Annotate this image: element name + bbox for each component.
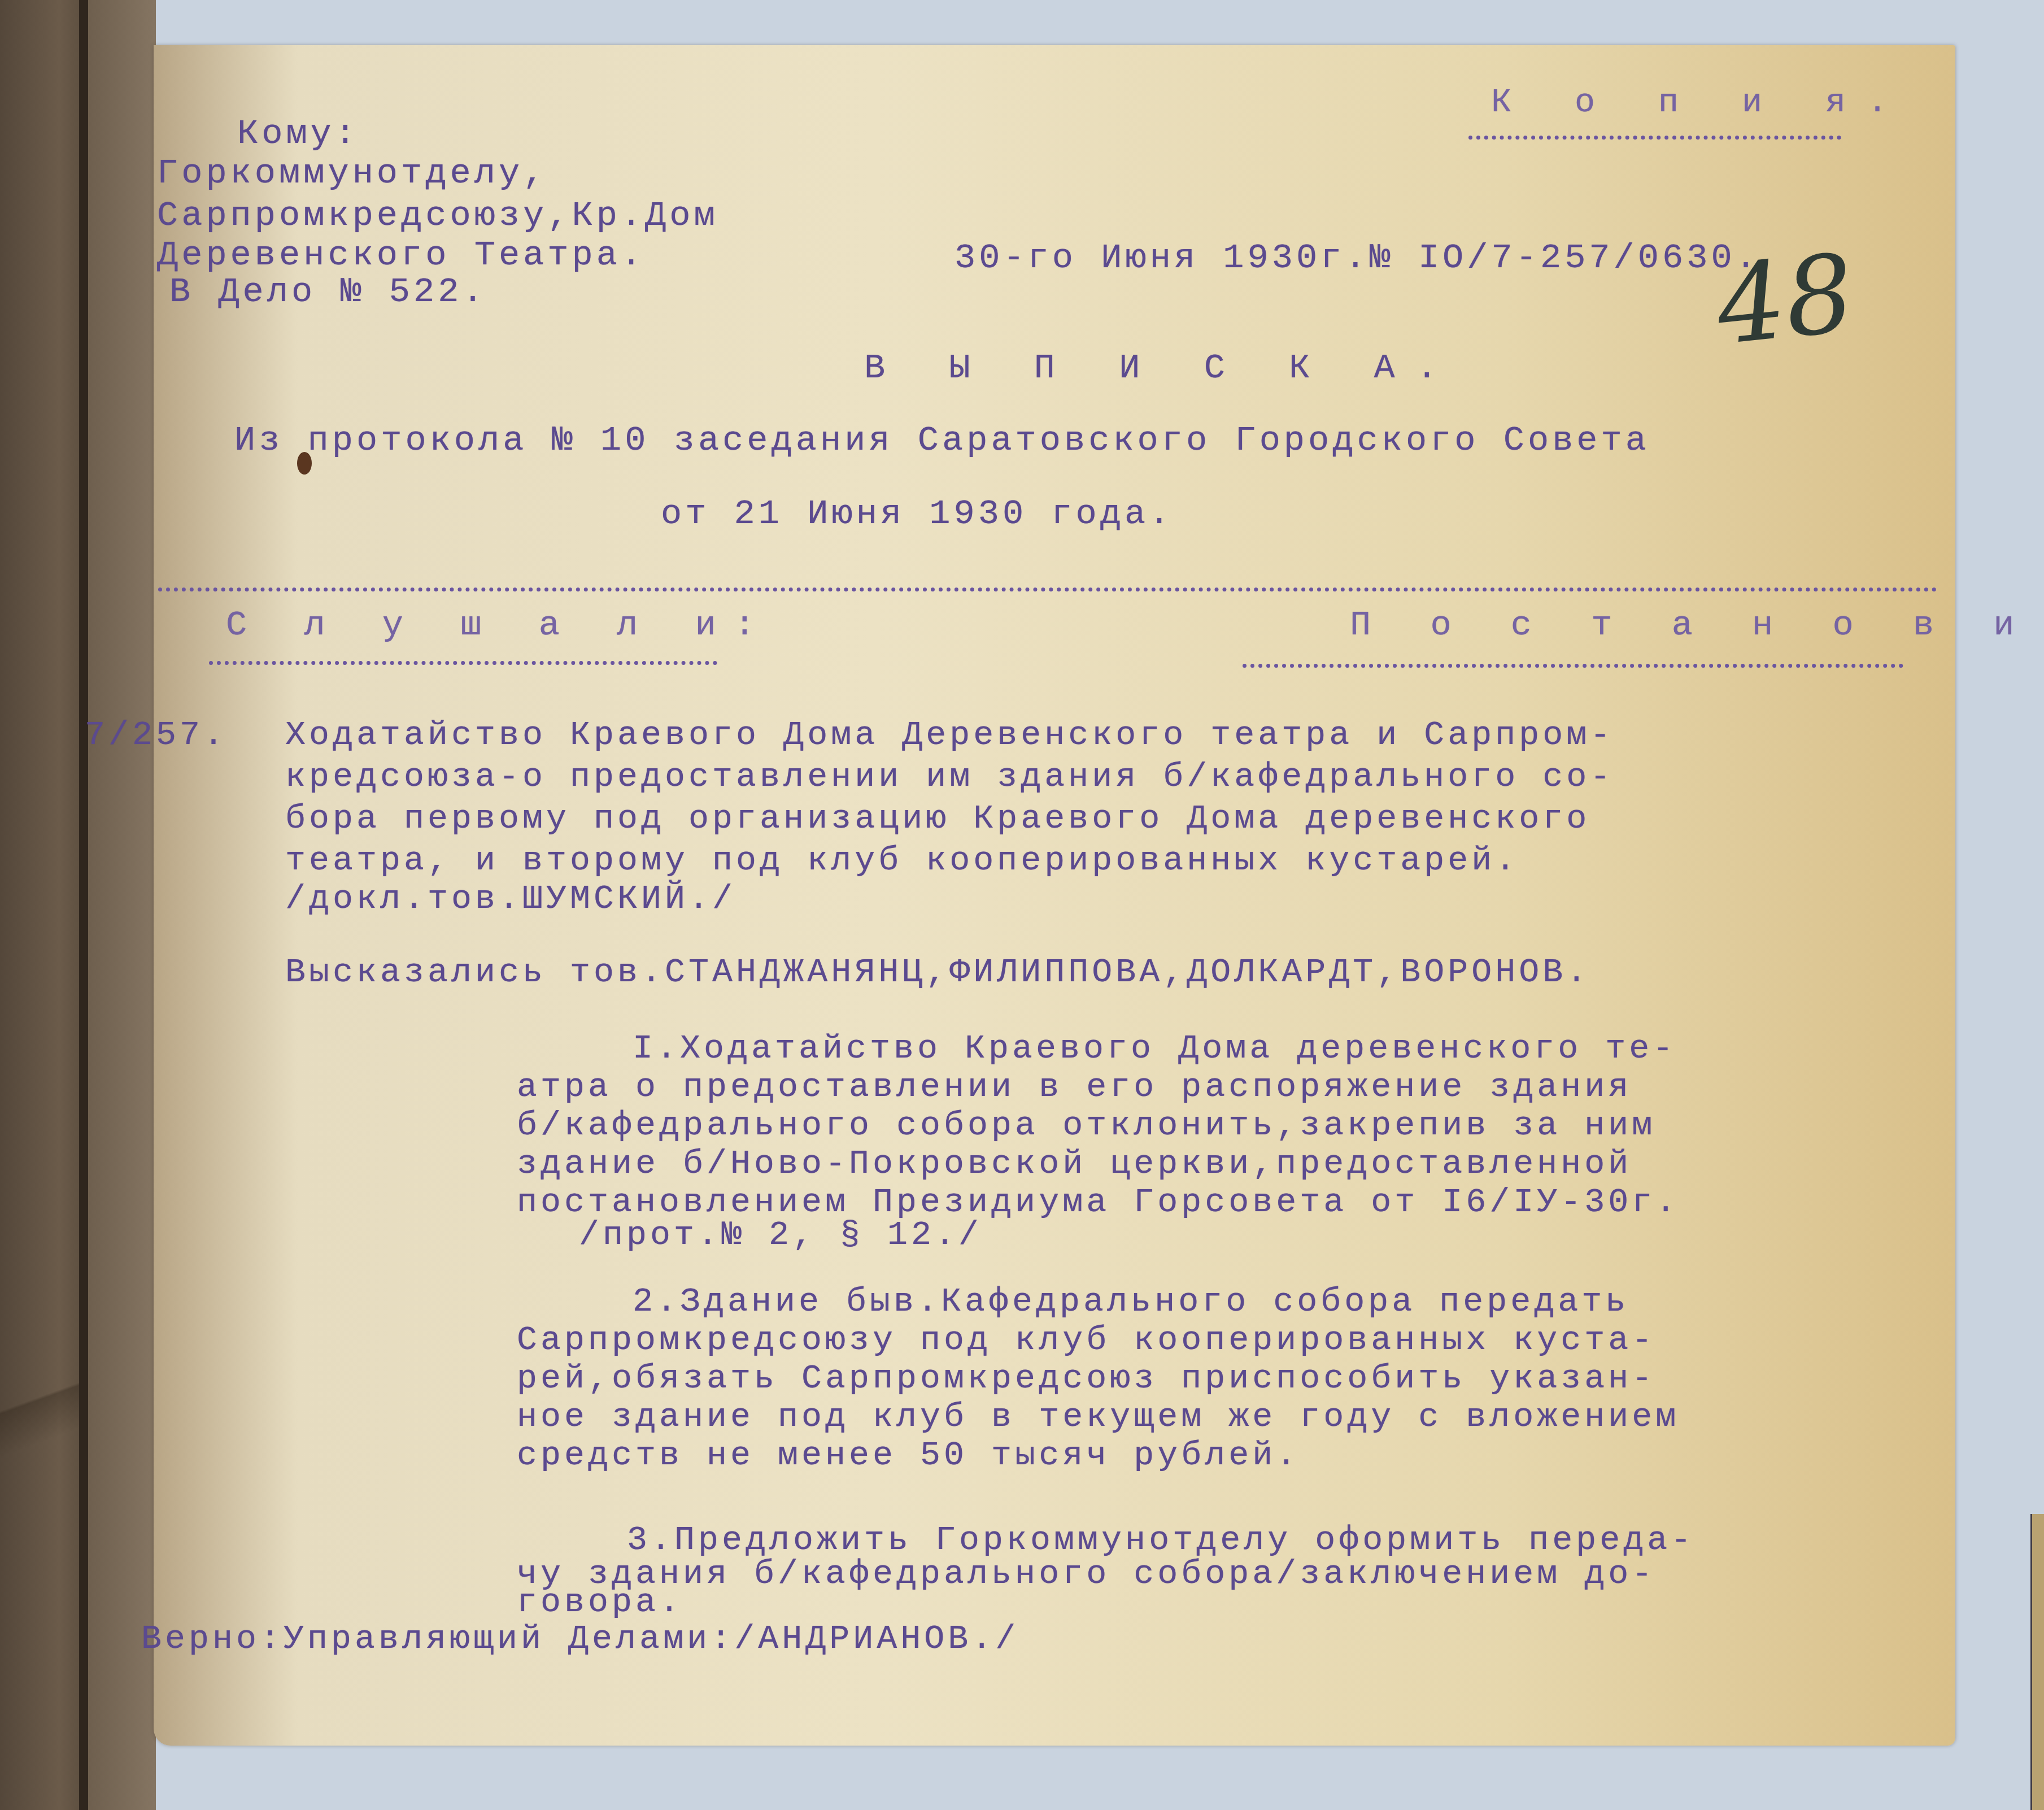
rapporteur: /докл.тов.ШУМСКИЙ./	[285, 878, 736, 920]
addressee-line: Сарпромкредсоюзу,Кр.Дом	[157, 198, 718, 234]
resolution-line: атра о предоставлении в его распоряжение…	[517, 1067, 1632, 1108]
item-line: Ходатайство Краевого Дома Деревенского т…	[285, 715, 1614, 756]
speakers-line: Высказались тов.СТАНДЖАНЯНЦ,ФИЛИППОВА,ДО…	[285, 952, 1590, 994]
resolution-line: Сарпромкредсоюзу под клуб кооперированны…	[517, 1320, 1655, 1361]
addressee-label: Кому:	[237, 116, 359, 152]
resolution-line: рей,обязать Сарпромкредсоюз приспособить…	[517, 1358, 1655, 1400]
adjacent-sheet-edge	[2030, 1514, 2044, 1810]
resolution-reference: /прот.№ 2, § 12./	[579, 1215, 982, 1256]
resolution-line: ное здание под клуб в текущем же году с …	[517, 1396, 1679, 1438]
item-line: бора первому под организацию Краевого До…	[285, 798, 1590, 840]
resolution-line: чу здания б/кафедрального собора/заключе…	[517, 1554, 1655, 1595]
resolution-line: здание б/Ново-Покровской церкви,предоста…	[517, 1143, 1632, 1185]
document-subtitle: Из протокола № 10 заседания Саратовского…	[234, 423, 1650, 459]
resolution-line: 2.Здание быв.Кафедрального собора переда…	[633, 1281, 1629, 1323]
item-number: 7/257.	[85, 715, 227, 756]
section-divider	[158, 588, 1937, 591]
copy-underline	[1468, 136, 1841, 140]
column-heading-resolved: П о с т а н о в и л и	[1350, 607, 2044, 643]
document-subtitle-date: от 21 Июня 1930 года.	[661, 496, 1173, 532]
item-line: кредсоюза-о предоставлении им здания б/к…	[285, 756, 1614, 798]
binding-fold-shadow	[0, 1271, 79, 1554]
resolution-line: средств не менее 50 тысяч рублей.	[517, 1435, 1300, 1477]
binding-gap	[79, 0, 88, 1810]
resolved-underline	[1243, 664, 1903, 668]
resolution-line: I.Ходатайство Краевого Дома деревенского…	[633, 1028, 1676, 1070]
resolution-line: говора.	[517, 1582, 683, 1624]
document-title: В Ы П И С К А.	[864, 350, 1459, 386]
addressee-line: Деревенского Театра.	[157, 237, 645, 273]
item-line: театра, и второму под клуб кооперированн…	[285, 840, 1519, 882]
heard-underline	[209, 661, 717, 665]
case-number: В Дело № 522.	[169, 274, 487, 310]
date-registration-line: 30-го Июня 1930г.№ IO/7-257/0630.	[955, 240, 1760, 276]
resolution-line: б/кафедрального собора отклонить,закрепи…	[517, 1105, 1655, 1147]
certification-signature: Верно:Управляющий Делами:/АНДРИАНОВ./	[141, 1618, 1019, 1660]
column-heading-heard: С л у ш а л и:	[226, 607, 773, 643]
handwritten-folio-number: 48	[1711, 230, 1860, 369]
folder-inner-edge	[88, 0, 156, 1810]
addressee-line: Горкоммунотделу,	[157, 155, 547, 192]
copy-mark: К о п и я.	[1491, 85, 1909, 121]
